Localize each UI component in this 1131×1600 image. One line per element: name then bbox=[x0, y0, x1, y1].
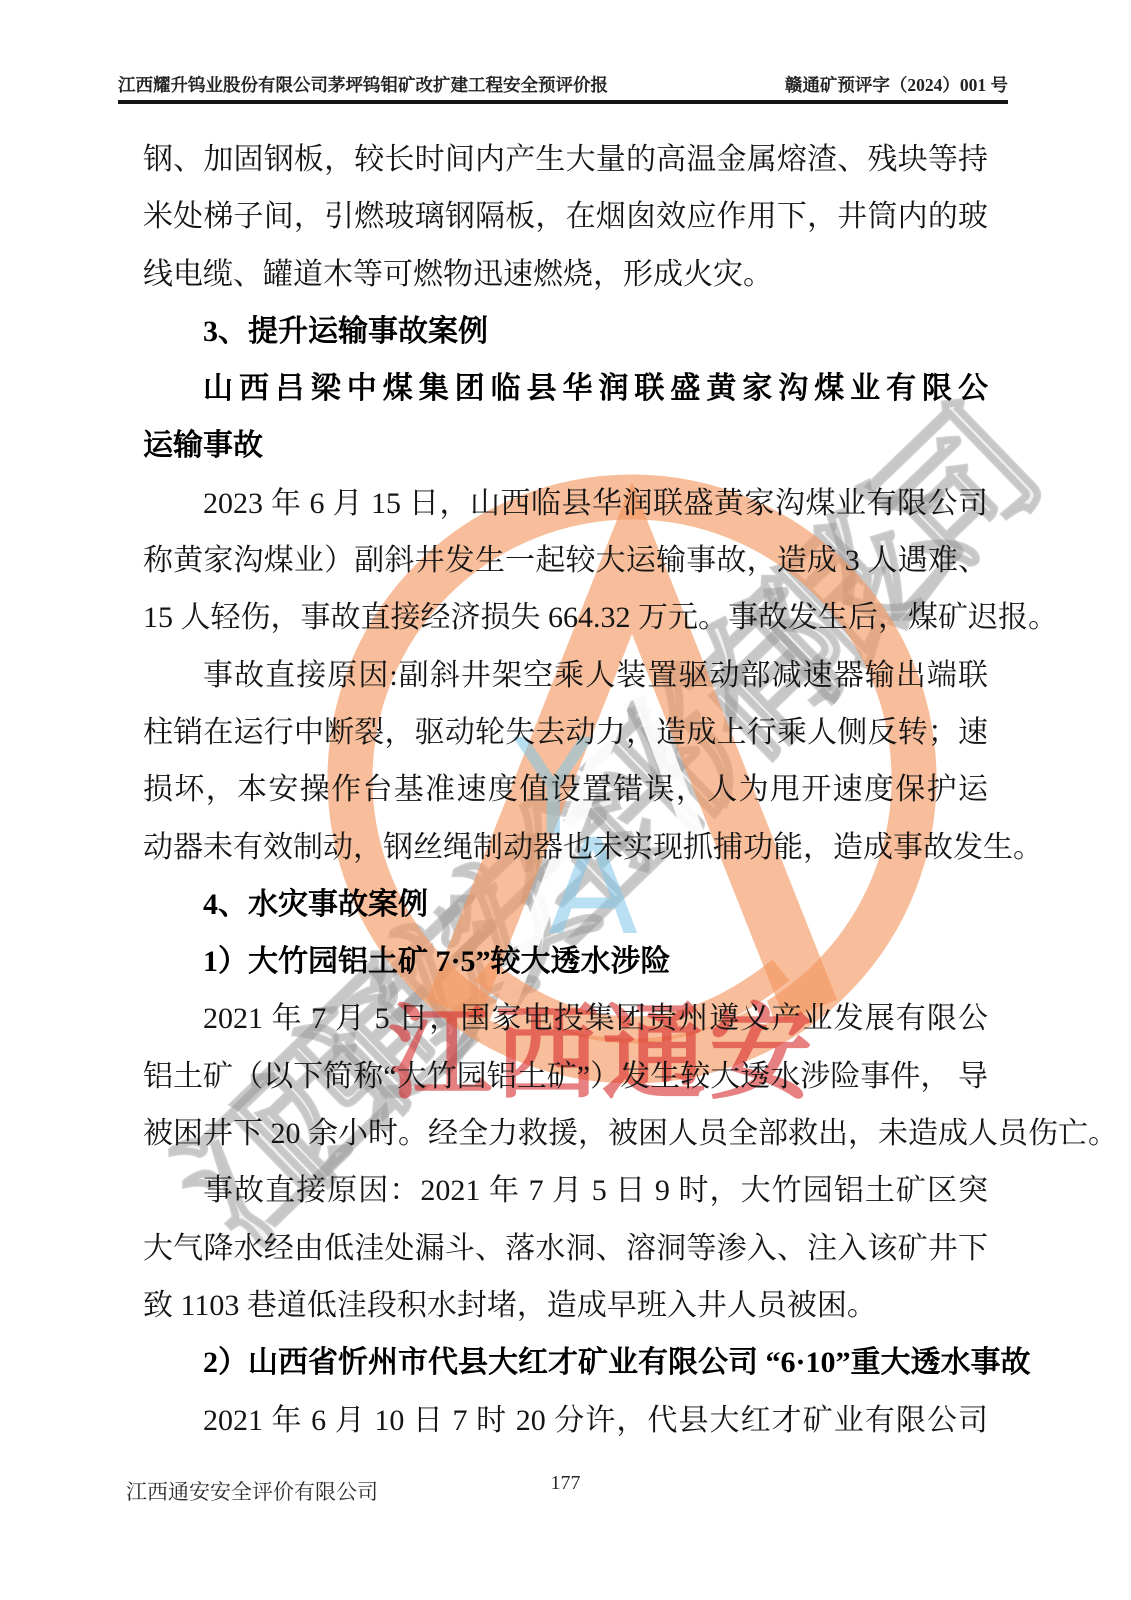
text-line: 运输事故 bbox=[143, 417, 988, 474]
text-line: 铝土矿（以下简称“大竹园铝土矿”）发生较大透水涉险事件， 导致 12 人 bbox=[143, 1048, 988, 1105]
text-line: 山西吕梁中煤集团临县华润联盛黄家沟煤业有限公司“6·15”较大 bbox=[143, 360, 988, 417]
text-line: 称黄家沟煤业）副斜井发生一起较大运输事故，造成 3 人遇难、1 人重伤、 bbox=[143, 532, 988, 589]
header-document-number: 赣通矿预评字（2024）001 号 bbox=[785, 72, 1008, 97]
text-line: 15 人轻伤，事故直接经济损失 664.32 万元。事故发生后，煤矿迟报。 bbox=[143, 589, 988, 646]
text-line: 3、提升运输事故案例 bbox=[143, 303, 988, 360]
text-line: 被困井下 20 余小时。经全力救援，被困人员全部救出，未造成人员伤亡。 bbox=[143, 1105, 988, 1162]
text-line: 2023 年 6 月 15 日，山西临县华润联盛黄家沟煤业有限公司（以下简 bbox=[143, 475, 988, 532]
text-line: 2021 年 6 月 10 日 7 时 20 分许，代县大红才矿业有限公司发生重… bbox=[143, 1392, 988, 1449]
text-line: 线电缆、罐道木等可燃物迅速燃烧，形成火灾。 bbox=[143, 246, 988, 303]
text-line: 柱销在运行中断裂，驱动轮失去动力，造成上行乘人侧反转；速度传感器 bbox=[143, 704, 988, 761]
text-line: 钢、加固钢板，较长时间内产生大量的高温金属熔渣、残块等持续掉入-505 bbox=[143, 131, 988, 188]
document-page: 江西通安安全评价有限公司 Y A 江西通安 江西耀升钨业股份有限公司茅坪钨钼矿改… bbox=[0, 0, 1131, 1600]
text-line: 损坏，本安操作台基准速度值设置错误，人为甩开速度保护运行；安全制 bbox=[143, 761, 988, 818]
text-line: 米处梯子间，引燃玻璃钢隔板，在烟囱效应作用下，井筒内的玻璃钢、电 bbox=[143, 188, 988, 245]
text-line: 致 1103 巷道低洼段积水封堵，造成早班入井人员被困。 bbox=[143, 1277, 988, 1334]
text-line: 2）山西省忻州市代县大红才矿业有限公司 “6·10”重大透水事故 bbox=[143, 1334, 988, 1391]
text-line: 动器未有效制动，钢丝绳制动器也未实现抓捕功能，造成事故发生。 bbox=[143, 819, 988, 876]
text-line: 大气降水经由低洼处漏斗、落水洞、溶洞等渗入、注入该矿井下巷道，导 bbox=[143, 1220, 988, 1277]
text-line: 4、水灾事故案例 bbox=[143, 876, 988, 933]
text-line: 事故直接原因:副斜井架空乘人装置驱动部减速器输出端联轴器尼龙 bbox=[143, 647, 988, 704]
body-lines: 钢、加固钢板，较长时间内产生大量的高温金属熔渣、残块等持续掉入-505米处梯子间… bbox=[143, 131, 988, 1449]
text-line: 事故直接原因：2021 年 7 月 5 日 9 时，大竹园铝土矿区突发暴雨， bbox=[143, 1162, 988, 1219]
text-line: 1）大竹园铝土矿 7·5”较大透水涉险 bbox=[143, 933, 988, 990]
page-number: 177 bbox=[0, 1472, 1131, 1495]
header-rule bbox=[118, 100, 1008, 104]
header-report-title: 江西耀升钨业股份有限公司茅坪钨钼矿改扩建工程安全预评价报 bbox=[118, 72, 608, 97]
page-header: 江西耀升钨业股份有限公司茅坪钨钼矿改扩建工程安全预评价报 赣通矿预评字（2024… bbox=[118, 72, 1008, 97]
text-line: 2021 年 7 月 5 日，国家电投集团贵州遵义产业发展有限公司大竹园 bbox=[143, 990, 988, 1047]
